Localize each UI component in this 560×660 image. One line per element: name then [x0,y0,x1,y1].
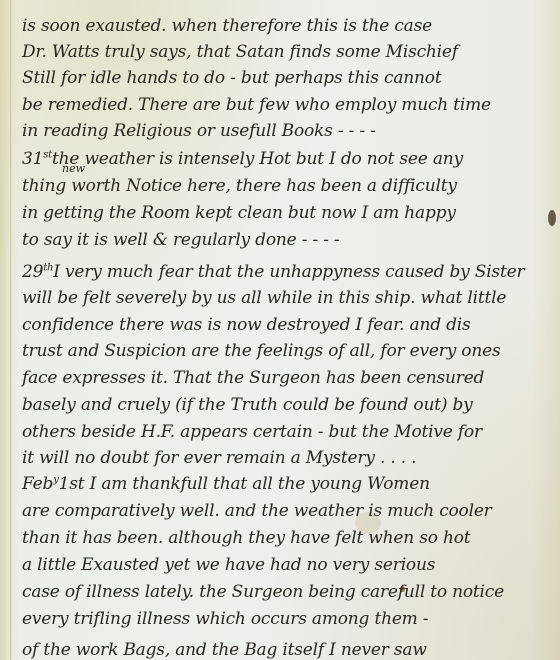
line-text: of the work Bags, and the Bag itself I n… [22,636,427,660]
line-text: will be felt severely by us all while in… [22,284,506,312]
line-text: I very much fear that the unhappyness ca… [53,258,524,286]
line-text: the weather is intensely Hot but I do no… [52,145,463,173]
line-text: Dr. Watts truly says, that Satan finds s… [22,38,458,66]
text-line-14: face expresses it. That the Surgeon has … [22,364,550,392]
text-line-8: in getting the Room kept clean but now I… [22,199,550,227]
line-text: thing worth Notice here, there has been … [22,172,457,200]
text-line-21: a little Exausted yet we have had no ver… [22,551,550,579]
line-text: is soon exausted. when therefore this is… [22,12,432,40]
line-text: are comparatively well. and the weather … [22,497,492,525]
line-text: to say it is well & regularly done - - -… [22,226,339,254]
line-text: trust and Suspicion are the feelings of … [22,337,500,365]
text-line-13: trust and Suspicion are the feelings of … [22,337,550,365]
text-line-2: Dr. Watts truly says, that Satan finds s… [22,38,550,66]
line-text: than it has been. although they have fel… [22,524,470,552]
line-text: confidence there was is now destroyed I … [22,311,471,339]
entry-date-suffix: th [43,262,53,273]
text-line-16: others beside H.F. appears certain - but… [22,418,550,446]
text-line-1: is soon exausted. when therefore this is… [22,12,550,40]
text-line-15: basely and cruely (if the Truth could be… [22,391,550,419]
text-line-20: than it has been. although they have fel… [22,524,550,552]
text-line-23: every trifling illness which occurs amon… [22,605,550,633]
text-line-9: to say it is well & regularly done - - -… [22,226,550,254]
text-line-22: case of illness lately. the Surgeon bein… [22,578,550,606]
entry-date: Feb [22,474,53,494]
text-line-24: of the work Bags, and the Bag itself I n… [22,636,550,660]
text-line-11: will be felt severely by us all while in… [22,284,550,312]
text-line-12: confidence there was is now destroyed I … [22,311,550,339]
page-margin-line [10,0,11,660]
entry-date: 29 [22,262,43,282]
entry-feb-1st: Feby 1st I am thankfull that all the you… [22,470,550,498]
entry-date: 31 [22,149,43,169]
text-line-3: Still for idle hands to do - but perhaps… [22,64,550,92]
line-text: be remedied. There are but few who emplo… [22,91,491,119]
entry-31st: 31st the weather is intensely Hot but I … [22,145,550,173]
line-text: a little Exausted yet we have had no ver… [22,551,435,579]
entry-29th: 29th I very much fear that the unhappyne… [22,258,550,286]
manuscript-page: is soon exausted. when therefore this is… [0,0,560,660]
line-text: Still for idle hands to do - but perhaps… [22,64,441,92]
line-text: in getting the Room kept clean but now I… [22,199,456,227]
text-line-4: be remedied. There are but few who emplo… [22,91,550,119]
line-text: it will no doubt for ever remain a Myste… [22,444,416,472]
line-text: every trifling illness which occurs amon… [22,605,428,633]
line-text: case of illness lately. the Surgeon bein… [22,578,504,606]
line-text: others beside H.F. appears certain - but… [22,418,482,446]
line-text: face expresses it. That the Surgeon has … [22,364,484,392]
entry-date-suffix: st [43,149,52,160]
text-line-19: are comparatively well. and the weather … [22,497,550,525]
line-text: in reading Religious or usefull Books - … [22,117,376,145]
line-text: basely and cruely (if the Truth could be… [22,391,473,419]
text-line-7: thing worth Notice here, there has been … [22,172,550,200]
line-text: 1st I am thankfull that all the young Wo… [59,470,430,498]
text-line-5: in reading Religious or usefull Books - … [22,117,550,145]
text-line-17: it will no doubt for ever remain a Myste… [22,444,550,472]
